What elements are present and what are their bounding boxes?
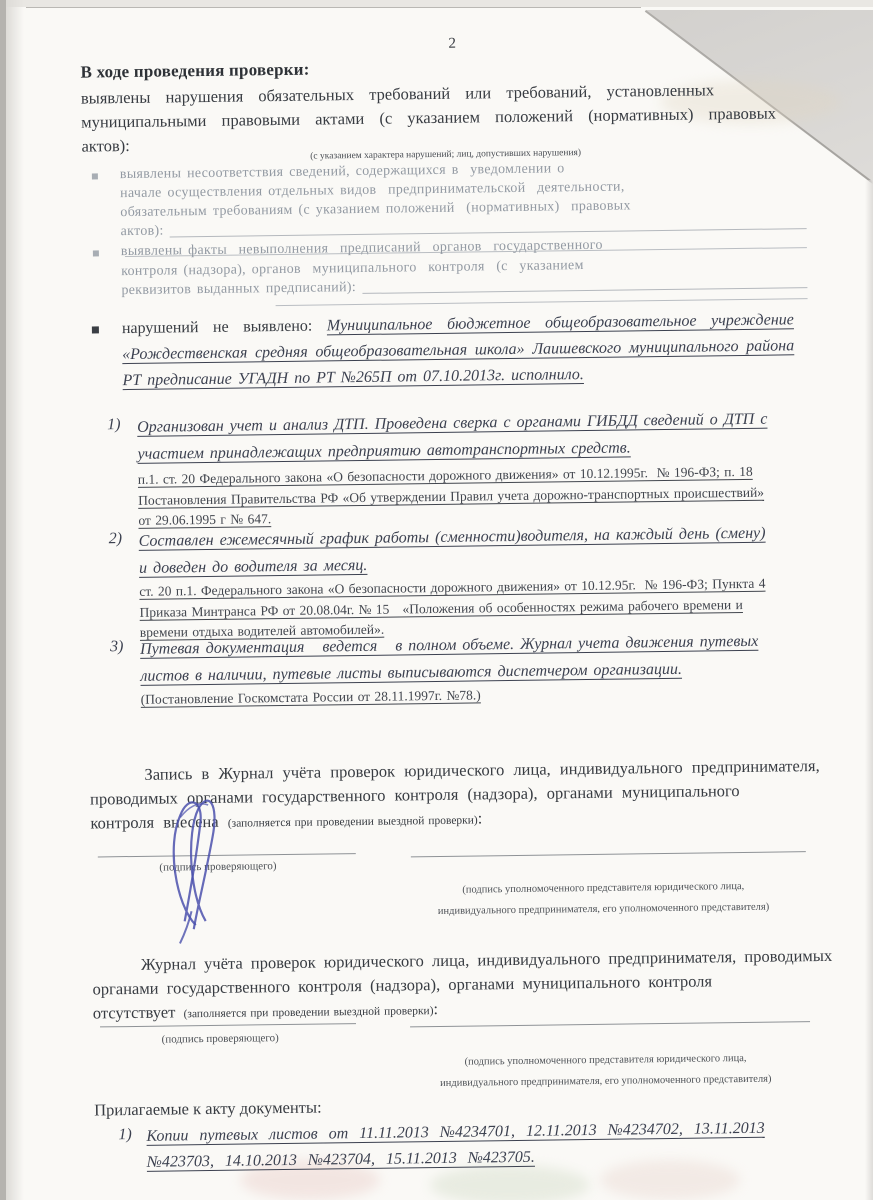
representative-signature-caption: (подпись уполномоченного представителя ю… xyxy=(381,875,826,923)
attachment-item: Копии путевых листов от 11.11.2013 №4234… xyxy=(146,1116,765,1176)
finding-reference: (Постановление Госкомстата России от 28.… xyxy=(141,685,481,710)
bullet-square-icon xyxy=(93,250,99,256)
representative-caption-line2: индивидуального предпринимателя, его упо… xyxy=(381,896,825,923)
checklist-item-no-violations: нарушений не выявлено: Муниципальное бюд… xyxy=(122,307,795,394)
handwritten-signature xyxy=(150,792,272,946)
section-heading: В ходе проведения проверки: xyxy=(80,60,309,83)
blank-line xyxy=(276,298,808,306)
finding-number: 3) xyxy=(110,638,124,656)
blank-line xyxy=(362,287,807,294)
checklist-item-mismatch: выявлены несоответствия сведений, содерж… xyxy=(120,158,631,222)
no-violations-label: нарушений не выявлено: xyxy=(122,317,327,337)
blank-line xyxy=(170,228,807,237)
checklist-tail-label: актов): xyxy=(121,222,164,242)
journal-absent-paragraph: Журнал учёта проверок юридического лица,… xyxy=(92,920,834,1052)
page-number: 2 xyxy=(402,35,502,53)
representative-caption-line2: индивидуального предпринимателя, его упо… xyxy=(384,1068,828,1095)
finding-number: 1) xyxy=(107,416,121,434)
attachments-heading: Прилагаемые к акту документы: xyxy=(94,1098,322,1121)
bullet-square-icon xyxy=(92,326,99,333)
finding-text: Организован учет и анализ ДТП. Проведена… xyxy=(137,406,768,468)
bullet-square-icon xyxy=(92,173,98,179)
journal-entry-colon: : xyxy=(478,808,483,827)
representative-signature-caption: (подпись уполномоченного представителя ю… xyxy=(383,1047,828,1095)
attachment-item-number: 1) xyxy=(118,1126,132,1144)
checklist-item-noncompliance: выявлены факты невыполнения предписаний … xyxy=(121,236,603,281)
finding-text: Путевая документация ведется в полном об… xyxy=(140,628,759,690)
scanned-document-page: 2 В ходе проведения проверки: выявлены н… xyxy=(0,0,873,1200)
finding-text: Составлен ежемесячный график работы (сме… xyxy=(139,520,767,582)
finding-number: 2) xyxy=(109,530,123,548)
checklist-tail-label: реквизитов выданных предписаний): xyxy=(121,278,356,300)
